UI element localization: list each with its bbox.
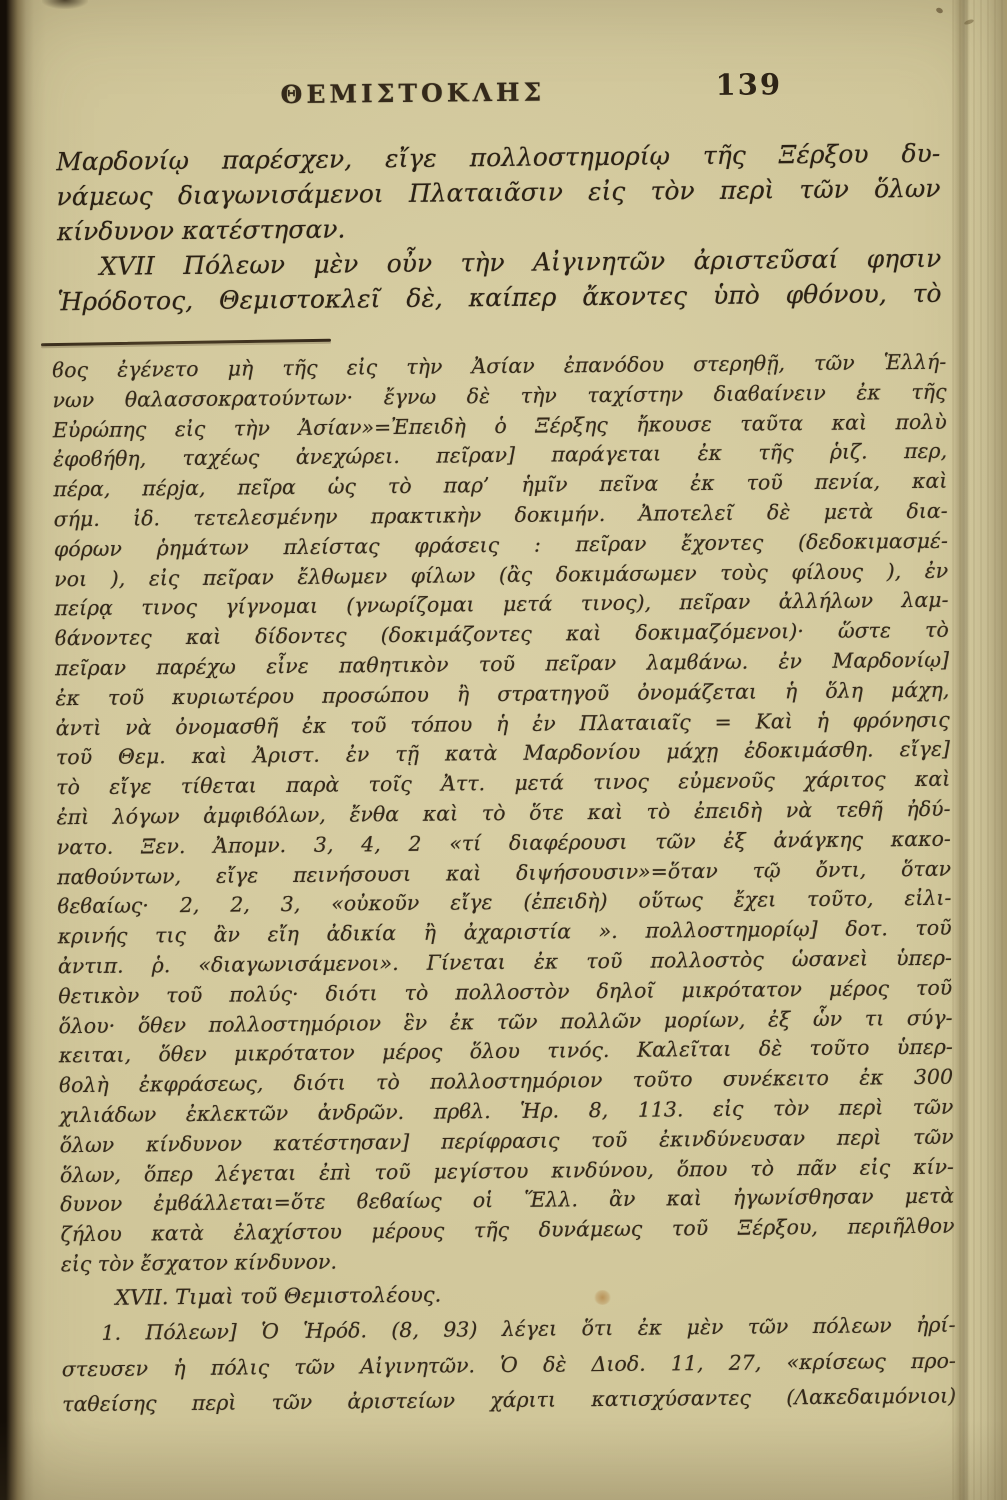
main-text-block: Μαρδονίῳ παρέσχεν, εἴγε πολλοστημορίῳ τῆ… xyxy=(56,136,942,319)
paper-stain xyxy=(594,1290,611,1305)
text-line: ταθείσης περὶ τῶν ἀριστείων χάριτι κατισ… xyxy=(62,1379,956,1423)
running-header-title: ΘΕΜΙΣΤΟΚΛΗΣ xyxy=(280,78,545,110)
text-line: Ἡρόδοτος, Θεμιστοκλεῖ δὲ, καίπερ ἄκοντες… xyxy=(57,276,941,319)
note-1-block: 1. Πόλεων] Ὁ Ἡρόδ. (8, 93) λέγει ὅτι ἐκ … xyxy=(61,1308,956,1423)
page-content: ΘΕΜΙΣΤΟΚΛΗΣ 139 Μαρδονίῳ παρέσχεν, εἴγε … xyxy=(0,0,1007,1500)
scanned-book-page: ΘΕΜΙΣΤΟΚΛΗΣ 139 Μαρδονίῳ παρέσχεν, εἴγε … xyxy=(0,0,1007,1500)
commentary-block: ϐος ἐγένετο μὴ τῆς εἰς τὴν Ἀσίαν ἐπανόδο… xyxy=(52,348,955,1280)
footnote-separator-rule xyxy=(41,339,331,347)
page-number: 139 xyxy=(715,67,782,102)
